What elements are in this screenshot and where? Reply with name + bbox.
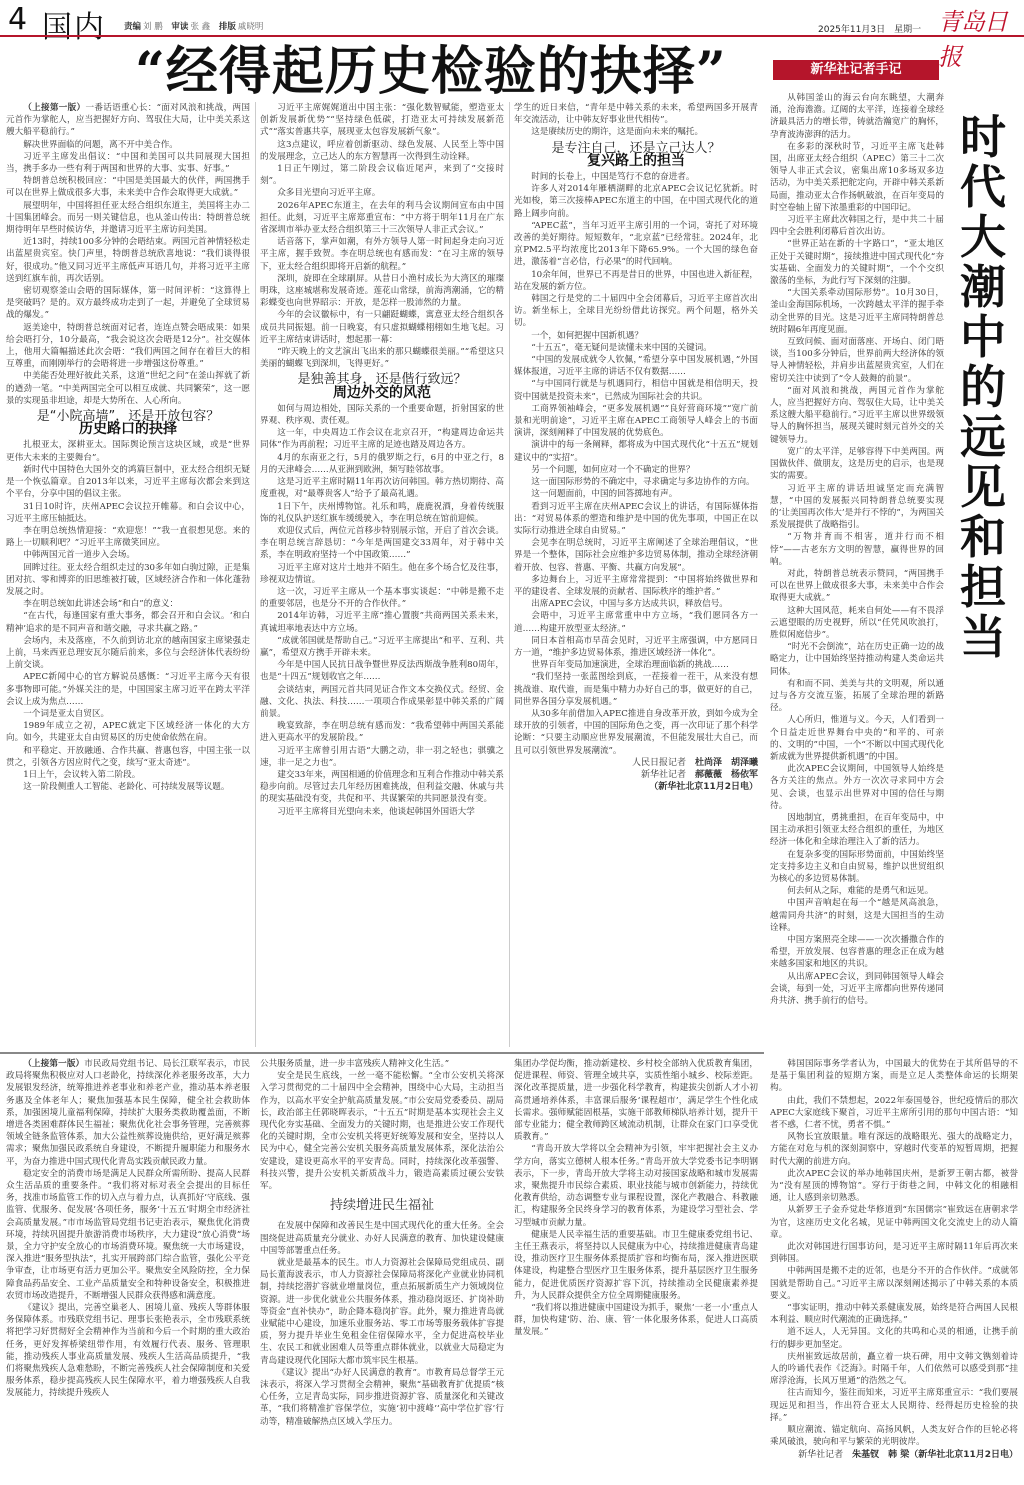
paragraph-text: 众多目光望向习近平主席。	[277, 188, 380, 198]
paragraph: 韩国之行是党的二十届四中全会闭幕后，习近平主席首次出访。新坐标上，全球目光纷纷借…	[514, 293, 758, 330]
paragraph-text: 1日下午，庆州博物馆。礼乐和鸣，鹿鹿祝酒，身着传统服饰的礼仪队护送红旗车缓缓驶入…	[260, 502, 504, 524]
paragraph: 在复杂多变的国际形势面前，中国始终坚定支持多边主义和自由贸易，维护以世贸组织为核…	[770, 849, 944, 886]
paragraph-text: 近13时，持续100多分钟的会晤结束。两国元首神情轻松走出蓝屋贵宾室。快门声里，…	[6, 237, 250, 284]
paragraph: 中美能否处理好彼此关系，这道“世纪之问”在釜山挥就了新的遒劲一笔。“中美两国完全…	[6, 370, 250, 407]
paragraph: 工商界领袖峰会，“更多发展机遇”“良好营商环境”“宽广前景和光明前途”，习近平主…	[514, 403, 758, 440]
byline-org: 新华社记者	[641, 770, 695, 780]
paragraph: 这一次，习近平主席从一个基本事实谈起：“中韩是搬不走的重要邻居，也是分不开的合作…	[260, 586, 504, 610]
paragraph: 从30多年前借加入APEC推进自身改革开放，到如今成为全球开放的引领者，中国的国…	[514, 708, 758, 757]
paragraph: 建交33年来，两国相通的价值理念和互利合作推动中韩关系稳步向前。尽管过去几年经历…	[260, 769, 504, 806]
paragraph: 人心所归，惟道与义。今天，人们看到一个日益走近世界舞台中央的“和平的、可亲的、文…	[770, 714, 944, 763]
paragraph: 风物长宜放眼量。唯有深远的战略眼光、强大的战略定力，方能在对危与机的深刻洞察中，…	[770, 1131, 1018, 1168]
paragraph-text: 另一个问题，如何应对一个不确定的世界？	[531, 465, 694, 475]
paragraph: 宽广的太平洋，足够容得下中美两国。两国做伙伴、做朋友，这是历史的启示，也是现实的…	[770, 446, 944, 483]
paragraph: 健康是人民幸福生活的重要基础。市卫生健康委党组书记、主任王燕表示，将坚持以人民健…	[514, 1229, 758, 1302]
paragraph-text: 会晤中，习近平主席常重申中方立场，“我们愿同各方一道……构建开放型亚太经济。”	[514, 611, 758, 633]
paragraph: 中韩两国元首一道步入会场。	[6, 549, 250, 561]
credit-role: 责编	[124, 22, 141, 32]
paragraph-text: 李在明总统如此讲述会场“和白”的意义：	[23, 599, 178, 609]
page-number: 4	[8, 2, 27, 37]
paragraph: 这一年，中央周边工作会议在北京召开，“构建周边命运共同体”作为再前程；习近平主席…	[260, 427, 504, 451]
credit-name: 戚晓明	[238, 22, 264, 32]
main-article-column-1: （上接第一版）一番话语重心长：“面对风浪和挑战，两国元首作为掌舵人，应当把握好方…	[6, 102, 250, 1047]
paragraph: 特朗普总统积极回应：“中国是美国最大的伙伴，两国携手可以在世界上做成很多大事，未…	[6, 175, 250, 199]
credit-name: 张 鑫	[190, 22, 210, 32]
paragraph-text: 如何与周边相处，国际关系的一个重要命题，折射国家的世界观、秩序观、责任观。	[260, 404, 504, 426]
byline-org: 新华社记者	[798, 1450, 852, 1460]
paragraph: 互致问候、面对面落座、开场白、闭门晤谈，当100多分钟后，世界前两大经济体的领导…	[770, 336, 944, 385]
byline-names: 杜尚泽 胡泽曦	[695, 758, 758, 768]
paragraph: 如何与周边相处，国际关系的一个重要命题，折射国家的世界观、秩序观、责任观。	[260, 403, 504, 427]
paragraph: 10余年间，世界已不再是昔日的世界，中国也进入新征程，站在发展的新方位。	[514, 269, 758, 293]
paragraph: 习近平主席的讲话坦诚坚定而充满智慧，“中国的发展振兴同特朗普总统要实现的‘让美国…	[770, 483, 944, 532]
paragraph-text: 特朗普总统积极回应：“中国是美国最大的伙伴，两国携手可以在世界上做成很多大事，未…	[6, 176, 250, 198]
paragraph: 众多目光望向习近平主席。	[260, 187, 504, 199]
lower-article-column-1: （上接第一版）市民政局党组书记、局长江联军表示，市民政局将聚焦积极应对人口老龄化…	[6, 1058, 250, 1482]
paragraph: （上接第一版）市民政局党组书记、局长江联军表示，市民政局将聚焦积极应对人口老龄化…	[6, 1058, 250, 1168]
paragraph-text: 密切观察釜山会晤的国际媒体，第一时间评析：“这算得上是突破吗？是的。双方最终成功…	[6, 286, 250, 320]
article-byline: 新华社记者 郝薇薇 杨依军	[514, 769, 758, 781]
subheading: 持续增进民生福祉	[260, 1200, 504, 1212]
paragraph: 返美途中，特朗普总统面对记者，连连点赞会晤成果：如果给会晤打分，10分最高，“我…	[6, 322, 250, 371]
paragraph: 多边舞台上，习近平主席常常提到：“中国将始终做世界和平的建设者、全球发展的贡献者…	[514, 574, 758, 598]
paragraph: 1日正午刚过，第二阶段会议临近尾声，来到了“交接时刻”。	[260, 163, 504, 187]
paragraph: （上接第一版）一番话语重心长：“面对风浪和挑战，两国元首作为掌舵人，应当把握好方…	[6, 102, 250, 139]
paragraph-text: 这一面国际形势的不确定中，寻求确定与多边协作的方向。	[531, 477, 754, 487]
paragraph-text: 中韩两国元首一道步入会场。	[23, 550, 135, 560]
paragraph: 由此，我们不禁想起，2022年泰国曼谷，世纪疫情后的那次APEC大家庭线下聚首，…	[770, 1095, 1018, 1132]
paragraph: 李在明总统如此讲述会场“和白”的意义：	[6, 598, 250, 610]
subheading: 是“小院高墙”，还是开放包容？历史路口的抉择	[6, 411, 250, 435]
column-rule	[255, 102, 256, 1047]
paragraph-text: “APEC蓝”，当年习近平主席引用的一个词，寄托了对环境改善的美好期待。短短数年…	[514, 221, 758, 268]
paragraph: “十五五”，毫无疑问是读懂未来中国的关键词。	[514, 342, 758, 354]
paragraph-text: 稳定安全的消费市场是满足人民群众所需所盼、提高人民群众生活品质的重要条件。“我们…	[6, 1169, 250, 1301]
paragraph-text: 这一阶段侧重人工智能、老龄化、可持续发展等议题。	[23, 782, 229, 792]
paragraph: “大国关系牵动国际形势”。10月30日，釜山金海国际机场，一次跨越太平洋的握手牵…	[770, 287, 944, 336]
subheading-title: 周边外交的风范	[260, 387, 504, 399]
paragraph: “青岛开放大学将以全会精神为引领，牢牢把握社会主义办学方向，落实立德树人根本任务…	[514, 1143, 758, 1228]
paragraph: APEC新闻中心的官方解说员感慨：“习近平主席今天有很多事物即可能。”外媒关注的…	[6, 671, 250, 708]
paragraph: 集团办学促均衡，推动新建校、乡村校全部纳入优质教育集团，促进课程、师资、管理全域…	[514, 1058, 758, 1143]
paragraph: 从新罗王子金乔觉赴华修道到“东国儒宗”崔致远在唐朝求学为官，这座历史文化名城，见…	[770, 1204, 1018, 1241]
masthead: 4 国内 责编刘 鹏 审读张 鑫 排版戚晓明 2025年11月3日 星期一 青岛…	[0, 0, 1024, 36]
paragraph-text: 1日正午刚过，第二阶段会议临近尾声，来到了“交接时刻”。	[260, 164, 504, 186]
paragraph-text: 韩国之行是党的二十届四中全会闭幕后，习近平主席首次出访。新坐标上，全球目光纷纷借…	[514, 294, 758, 328]
paragraph: 《建议》提出“办好人民满意的教育”。市教育局总督学王元沫表示，将深入学习贯彻全会…	[260, 1367, 504, 1428]
paragraph: 这是赓续历史的期许，这是面向未来的嘱托。	[514, 126, 758, 138]
paragraph-text: 新时代中国特色大国外交的鸿篇巨制中，亚太经合组织无疑是一个恢弘篇章。自2013年…	[6, 465, 250, 499]
paragraph-text: 一个，如何把握中国新机遇？	[531, 331, 643, 341]
subheading: 是专注自己，还是立己达人？复兴路上的担当	[514, 143, 758, 167]
paragraph-text: 世界百年变局加速演进，全球治理面临新的挑战……	[531, 660, 729, 670]
paragraph: 深圳，旋即在全球刷屏。从昔日小渔村成长为大湾区的璀璨明珠，这座城堪称发展奇迹。莲…	[260, 273, 504, 310]
paragraph-text: 扎根亚太，深耕亚太。国际舆论预言这块区域，或是“世界更伟大未来的主要舞台”。	[6, 440, 250, 462]
paragraph: 扎根亚太，深耕亚太。国际舆论预言这块区域，或是“世界更伟大未来的主要舞台”。	[6, 439, 250, 463]
paragraph: 1日下午，庆州博物馆。礼乐和鸣，鹿鹿祝酒，身着传统服饰的礼仪队护送红旗车缓缓驶入…	[260, 501, 504, 525]
paragraph-text: 就业是最基本的民生。市人力资源社会保障局党组成员、副局长董海波表示，市人力资源社…	[260, 1258, 504, 1366]
paragraph-text: 2026年APEC东道主，在去年的利马会议期间宣布由中国担任。此刻，习近平主席郑…	[260, 201, 504, 235]
paragraph-text: 回眸过往。亚太经合组织走过的30多年如白驹过隙，正是集团对抗、零和博弈的旧思维被…	[6, 563, 250, 597]
byline-names: 朱基钗 韩 梁（新华社北京11月2日电）	[852, 1450, 1018, 1460]
paragraph: “万物并育而不相害，道并行而不相悖”——古老东方文明的智慧，赢得世界的回响。	[770, 531, 944, 568]
paragraph: 今年的会议徽标中，有一只翩跹蝴蝶，寓意亚太经合组织各成员共同振翅。前一日晚宴，有…	[260, 309, 504, 346]
article-byline: 新华社记者 朱基钗 韩 梁（新华社北京11月2日电）	[770, 1449, 1018, 1461]
paragraph-text: “昨天晚上的文艺演出飞出来的那只蝴蝶很美丽。”“希望这只美丽的蝴蝶飞到深圳，飞得…	[260, 347, 504, 369]
paragraph: 道不远人，人无异国。文化的共鸣和心灵的相通，让携手前行的脚步更加坚定。	[770, 1326, 1018, 1350]
main-headline: “经得起历史检验的抉择”	[135, 46, 727, 98]
paragraph: 晚宴致辞，李在明总统有感而发：“我希望韩中两国关系能进入更高水平的发展阶段。”	[260, 720, 504, 744]
paragraph: 近13时，持续100多分钟的会晤结束。两国元首神情轻松走出蓝屋贵宾室。快门声里，…	[6, 236, 250, 285]
paragraph: 这一问题面前，中国的回答掷地有声。	[514, 488, 758, 500]
paragraph: 回眸过往。亚太经合组织走过的30多年如白驹过隙，正是集团对抗、零和博弈的旧思维被…	[6, 562, 250, 599]
newspaper-logo: 青岛日报	[938, 2, 1024, 72]
paragraph: 因地制宜，勇挑重担，在百年变局中，中国主动承担引领亚太经合组织的重任，为地区经济…	[770, 812, 944, 849]
paragraph: 会见李在明总统时，习近平主席阐述了全球治理倡议，“世界是一个整体，国际社会应维护…	[514, 537, 758, 574]
paragraph-text: 这是赓续历史的期许，这是面向未来的嘱托。	[531, 127, 703, 137]
paragraph: 习近平主席此次韩国之行，是中共二十届四中全会胜利闭幕后首次出访。	[770, 214, 944, 238]
paragraph: “时光不会倒流”，站在历史正确一边的战略定力，让中国始终坚持推动构建人类命运共同…	[770, 641, 944, 678]
paragraph: 就业是最基本的民生。市人力资源社会保障局党组成员、副局长董海波表示，市人力资源社…	[260, 1257, 504, 1367]
paragraph-text: APEC新闻中心的官方解说员感慨：“习近平主席今天有很多事物即可能。”外媒关注的…	[6, 672, 250, 706]
paragraph: 对此，特朗普总统表示赞同，“两国携手可以在世界上做成很多大事，未来美中合作会取得…	[770, 568, 944, 605]
paragraph-text: 同日本首相高市早苗会见时，习近平主席强调，中方愿同日方一道，“维护多边贸易体系，…	[514, 636, 758, 658]
paragraph-text: 建交33年来，两国相通的价值理念和互利合作推动中韩关系稳步向前。尽管过去几年经历…	[260, 770, 504, 804]
paragraph: 同日本首相高市早苗会见时，习近平主席强调，中方愿同日方一道，“维护多边贸易体系，…	[514, 635, 758, 659]
paragraph: 韩国国际事务学者认为，中国最大的优势在于其所倡导的不是基于集团利益的短期方案，而…	[770, 1058, 1018, 1095]
paragraph: 4月的东南亚之行，5月的俄罗斯之行，6月的中亚之行，8月的天津峰会……从亚洲到欧…	[260, 452, 504, 476]
paragraph: 中国声音响起在每一个“越是风高浪急，越需同舟共济”的时刻，这是大国担当的生动诠释…	[770, 897, 944, 934]
paragraph: 在多彩的深秋时节，习近平主席飞赴韩国，出席亚太经合组织（APEC）第三十二次领导…	[770, 141, 944, 214]
paragraph-text: 这3点建议，呼应着创新驱动、绿色发展、人民至上等中国的发展理念，立己达人的东方智…	[260, 140, 504, 162]
paragraph-text: 出席APEC会议，中国与多方达成共识，释放信号。	[531, 599, 728, 609]
paragraph: 1日上午，会议转入第二阶段。	[6, 769, 250, 781]
paragraph: “APEC蓝”，当年习近平主席引用的一个词，寄托了对环境改善的美好期待。短短数年…	[514, 220, 758, 269]
paragraph: 一个，如何把握中国新机遇？	[514, 330, 758, 342]
paragraph-text: “与中国同行就是与机遇同行，相信中国就是相信明天，投资中国就是投资未来”，已然成…	[514, 379, 758, 401]
paragraph: “中国的发展成就令人钦佩，”希望分享中国发展机遇，”外国媒体报道，习近平主席的讲…	[514, 354, 758, 378]
paragraph-text: 习近平主席将目光望向未来，他谈起韩国外国语大学	[277, 807, 475, 817]
paragraph-text: 许多人对2014年雁栖湖畔的北京APEC会议记忆犹新。时光如梭，第三次接棒APE…	[514, 184, 758, 218]
paragraph-text: 解决世界面临的问题，离不开中美合作。	[23, 140, 178, 150]
paragraph-text: 习近平主席娓娓道出中国主张：“强化数智赋能，塑造亚太创新发展新优势”“坚持绿色低…	[260, 103, 504, 137]
paragraph: “我们将以推进健康中国建设为抓手，聚焦‘一老一小’重点人群，加快构建‘防、治、康…	[514, 1302, 758, 1339]
paragraph: “世界正站在新的十字路口”，“亚太地区正处于关键时期”，接续推进中国式现代化“夯…	[770, 238, 944, 287]
paragraph: “在古代，每逢国家有重大事务，都会召开和白会议。‘和白精神’追求的是不同声音和谐…	[6, 610, 250, 634]
paragraph-text: 会场内，未及落座，不久前到访北京的越南国家主席梁强走上前，马来西亚总理安瓦尔随后…	[6, 636, 250, 670]
paragraph: 习近平主席娓娓道出中国主张：“强化数智赋能，塑造亚太创新发展新优势”“坚持绿色低…	[260, 102, 504, 139]
article-byline: （新华社北京11月2日电）	[514, 781, 758, 793]
paragraph: 顺应潮流、锚定航向、高扬风帆，人类友好合作的巨轮必将乘风破浪，驶向和平与繁荣的光…	[770, 1424, 1018, 1448]
byline-org: 人民日报记者	[632, 758, 695, 768]
paragraph: 中国方案照亮全球——一次次播撒合作的希望，开放发展、包容普惠的理念正在成为越来越…	[770, 934, 944, 971]
sidebar-article-column-continued: 韩国国际事务学者认为，中国最大的优势在于其所倡导的不是基于集团利益的短期方案，而…	[770, 1058, 1018, 1482]
paragraph: 解决世界面临的问题，离不开中美合作。	[6, 139, 250, 151]
section-banner: 新华社记者手记	[773, 60, 939, 80]
dateline-lead: （上接第一版）	[23, 103, 85, 113]
paragraph: 习近平主席对这片土地并不陌生。他在多个场合忆及往事，珍视双边情谊。	[260, 562, 504, 586]
paragraph-text: 欢迎仪式后，两位元首移步特别展示馆，开启了首次会谈。李在明总统言辞恳切：“今年是…	[260, 526, 504, 560]
dateline-lead: （上接第一版）	[23, 1059, 84, 1069]
paragraph: “我们坚持一张蓝图绘到底，一茬接着一茬干，从来没有想挑战谁、取代谁，而是集中精力…	[514, 671, 758, 708]
paragraph: 许多人对2014年雁栖湖畔的北京APEC会议记忆犹新。时光如梭，第三次接棒APE…	[514, 183, 758, 220]
paragraph: 和平稳定、开放融通、合作共赢、普惠包容，中国主张一以贯之，引领各方因应时代之变，…	[6, 745, 250, 769]
paragraph: 此次APEC会议的举办地韩国庆州，是新罗王朝古都，被誉为“没有屋顶的博物馆”。穿…	[770, 1168, 1018, 1205]
paragraph: 演讲中的每一条阐释，都将成为中国式现代化“十五五”规划建议中的“实招”。	[514, 439, 758, 463]
paragraph: 看到习近平主席在庆州APEC会议上的讲话，有国际媒体指出：“对贸易体系的塑造和维…	[514, 501, 758, 538]
paragraph-text: 10余年间，世界已不再是昔日的世界，中国也进入新征程，站在发展的新方位。	[514, 270, 758, 292]
paragraph-text: 李在明总统热情迎接：“欢迎您！”“我一直很想见您。来的路上一切顺利吧？”习近平主…	[6, 526, 250, 548]
paragraph-text: 1989年成立之初，APEC就定下区域经济一体化的大方向。如今，共建亚太自由贸易…	[6, 721, 250, 743]
subheading-title: 复兴路上的担当	[514, 155, 758, 167]
section-divider	[0, 1052, 764, 1054]
paragraph-text: 今年是中国人民抗日战争暨世界反法西斯战争胜利80周年，也是“十四五”规划收官之年…	[260, 660, 504, 682]
sidebar-vertical-title: 时代大潮中的远见和担当	[955, 112, 1011, 662]
subheading: 是独善其身，还是偕行致远？周边外交的风范	[260, 374, 504, 398]
paragraph: 会谈结束，两国元首共同见证合作文本交换仪式。经贸、金融、文化、执法、科技……一项…	[260, 684, 504, 721]
paragraph-text: “成就邻国就是帮助自己。”习近平主席提出“和平、互利、共赢”，希望双方携手开辟未…	[260, 636, 504, 658]
paragraph: 这一面国际形势的不确定中，寻求确定与多边协作的方向。	[514, 476, 758, 488]
paragraph-text: 会见李在明总统时，习近平主席阐述了全球治理倡议，“世界是一个整体，国际社会应维护…	[514, 538, 758, 572]
paragraph-text: 这一问题面前，中国的回答掷地有声。	[531, 489, 677, 499]
paragraph-text: 市民政局党组书记、局长江联军表示，市民政局将聚焦积极应对人口老龄化，持续深化养老…	[6, 1059, 250, 1167]
paragraph: 会场内，未及落座，不久前到访北京的越南国家主席梁强走上前，马来西亚总理安瓦尔随后…	[6, 635, 250, 672]
lower-article-column-2: 公共服务质量，进一步丰富残疾人精神文化生活。”安全是民生底线，一丝一毫不能松懈。…	[260, 1058, 504, 1482]
paragraph: 一个词是亚太自贸区。	[6, 708, 250, 720]
paragraph: 李在明总统热情迎接：“欢迎您！”“我一直很想见您。来的路上一切顺利吧？”习近平主…	[6, 525, 250, 549]
paragraph-text: 《建议》提出“办好人民满意的教育”。市教育局总督学王元沫表示，将深入学习贯彻全会…	[260, 1368, 504, 1427]
paragraph-text: 31日10时许，庆州APEC会议拉开帷幕。和白会议中心，习近平主席压轴抵达。	[6, 502, 250, 524]
editor-credits: 责编刘 鹏 审读张 鑫 排版戚晓明	[118, 20, 263, 32]
paragraph: 密切观察釜山会晤的国际媒体，第一时间评析：“这算得上是突破吗？是的。双方最终成功…	[6, 285, 250, 322]
paragraph-text: 2014年访韩，习近平主席“推心置腹”共商两国关系未来，真诚坦率地表达中方立场。	[260, 611, 504, 633]
paragraph-text: 这是习近平主席时隔11年再次访问韩国。韩方热切期待、高度重视，对“最尊贵客人”给…	[260, 477, 504, 499]
paragraph: 1989年成立之初，APEC就定下区域经济一体化的大方向。如今，共建亚太自由贸易…	[6, 720, 250, 744]
paragraph: 会晤中，习近平主席常重申中方立场，“我们愿同各方一道……构建开放型亚太经济。”	[514, 610, 758, 634]
paragraph-text: 时间的长卷上，中国是笃行不怠的奋进者。	[531, 172, 694, 182]
paragraph: 时间的长卷上，中国是笃行不怠的奋进者。	[514, 171, 758, 183]
main-article-column-3: 学生的近日来信，“青年是中韩关系的未来，希望两国多开展青年交流活动，让中韩友好事…	[514, 102, 758, 1047]
paragraph: 另一个问题，如何应对一个不确定的世界？	[514, 464, 758, 476]
paragraph-text: 会谈结束，两国元首共同见证合作文本交换仪式。经贸、金融、文化、执法、科技……一项…	[260, 685, 504, 719]
paragraph: 往古而知今，鉴往而知来，习近平主席郑重宣示：“我们要展现远见和担当，作出符合亚太…	[770, 1387, 1018, 1424]
paragraph: 2026年APEC东道主，在去年的利马会议期间宣布由中国担任。此刻，习近平主席郑…	[260, 200, 504, 237]
paragraph-text: 习近平主席发出倡议：“中国和美国可以共同展现大国担当，携手多办一些有利于两国和世…	[6, 152, 250, 174]
paragraph: 安全是民生底线，一丝一毫不能松懈。“全市公安机关将深入学习贯彻党的二十届四中全会…	[260, 1070, 504, 1192]
paragraph-text: “我们将以推进健康中国建设为抓手，聚焦‘一老一小’重点人群，加快构建‘防、治、康…	[514, 1303, 758, 1337]
paragraph: 新时代中国特色大国外交的鸿篇巨制中，亚太经合组织无疑是一个恢弘篇章。自2013年…	[6, 464, 250, 501]
paragraph-text: 公共服务质量，进一步丰富残疾人精神文化生活。”	[260, 1059, 449, 1069]
paragraph-text: 习近平主席曾引用古语“大鹏之动，非一羽之轻也；骐骥之速，非一足之力也”。	[260, 746, 504, 768]
paragraph-text: 从30多年前借加入APEC推进自身改革开放，到如今成为全球开放的引领者，中国的国…	[514, 709, 758, 756]
paragraph: 这是习近平主席时隔11年再次访问韩国。韩方热切期待、高度重视，对“最尊贵客人”给…	[260, 476, 504, 500]
subheading-title: 历史路口的抉择	[6, 423, 250, 435]
sidebar-article-column: 从韩国釜山的海云台向东眺望，大潮奔涌，沧海澹澹。辽阔的太平洋，连接着全球经济最具…	[770, 92, 944, 1052]
paragraph: 公共服务质量，进一步丰富残疾人精神文化生活。”	[260, 1058, 504, 1070]
paragraph: 习近平主席曾引用古语“大鹏之动，非一羽之轻也；骐骥之速，非一足之力也”。	[260, 745, 504, 769]
paragraph-text: 习近平主席对这片土地并不陌生。他在多个场合忆及往事，珍视双边情谊。	[260, 563, 504, 585]
paragraph-text: “十五五”，毫无疑问是读懂未来中国的关键词。	[531, 343, 712, 353]
paragraph: 中韩两国是搬不走的近邻，也是分不开的合作伙伴。“成就邻国就是帮助自己。”习近平主…	[770, 1265, 1018, 1302]
section-title: 国内	[42, 2, 106, 46]
credit-role: 排版	[219, 22, 236, 32]
paragraph: “事实证明，推动中韩关系健康发展，始终是符合两国人民根本利益、顺应时代潮流的正确…	[770, 1302, 1018, 1326]
paragraph-text: 展望明年，中国将担任亚太经合组织东道主，美国将主办二十国集团峰会。而另一则关键信…	[6, 201, 250, 235]
paragraph: 欢迎仪式后，两位元首移步特别展示馆，开启了首次会谈。李在明总统言辞恳切：“今年是…	[260, 525, 504, 562]
credit-name: 刘 鹏	[143, 22, 163, 32]
paragraph: 这一阶段侧重人工智能、老龄化、可持续发展等议题。	[6, 781, 250, 793]
byline-names: （新华社北京11月2日电）	[649, 782, 758, 792]
paragraph-text: “在古代，每逢国家有重大事务，都会召开和白会议。‘和白精神’追求的是不同声音和谐…	[6, 611, 250, 633]
paragraph: 何去何从之际，难能的是勇气和远见。	[770, 885, 944, 897]
paragraph: 学生的近日来信，“青年是中韩关系的未来，希望两国多开展青年交流活动，让中韩友好事…	[514, 102, 758, 126]
paragraph-text: “我们坚持一张蓝图绘到底，一茬接着一茬干，从来没有想挑战谁、取代谁，而是集中精力…	[514, 672, 758, 706]
paragraph-text: 在发展中保障和改善民生是中国式现代化的重大任务。全会围绕促进高质量充分就业、办好…	[260, 1221, 504, 1255]
paragraph: 出席APEC会议，中国与多方达成共识，释放信号。	[514, 598, 758, 610]
paragraph: 从出席APEC会议，到同韩国领导人峰会会谈，每到一处，习近平主席都向世界传递同舟…	[770, 971, 944, 1008]
paragraph-text: 《建议》提出，完善空巢老人、困境儿童、残疾人等群体服务保障体系。市残联党组书记、…	[6, 1303, 250, 1398]
paragraph: 今年是中国人民抗日战争暨世界反法西斯战争胜利80周年，也是“十四五”规划收官之年…	[260, 659, 504, 683]
paragraph: 这3点建议，呼应着创新驱动、绿色发展、人民至上等中国的发展理念，立己达人的东方智…	[260, 139, 504, 163]
paragraph-text: 1日上午，会议转入第二阶段。	[23, 770, 140, 780]
paragraph: 习近平主席发出倡议：“中国和美国可以共同展现大国担当，携手多办一些有利于两国和世…	[6, 151, 250, 175]
paragraph-text: 返美途中，特朗普总统面对记者，连连点赞会晤成果：如果给会晤打分，10分最高，“我…	[6, 323, 250, 370]
paragraph-text: 今年的会议徽标中，有一只翩跹蝴蝶，寓意亚太经合组织各成员共同振翅。前一日晚宴，有…	[260, 310, 504, 344]
paragraph-text: 这一年，中央周边工作会议在北京召开，“构建周边命运共同体”作为再前程；习近平主席…	[260, 428, 504, 450]
paragraph: 话音落下，掌声如潮，有外方领导人第一时间起身走向习近平主席，握手致贺。李在明总统…	[260, 236, 504, 273]
paragraph-text: 晚宴致辞，李在明总统有感而发：“我希望韩中两国关系能进入更高水平的发展阶段。”	[260, 721, 504, 743]
paragraph: 2014年访韩，习近平主席“推心置腹”共商两国关系未来，真诚坦率地表达中方立场。	[260, 610, 504, 634]
paragraph-text: 一个词是亚太自贸区。	[23, 709, 109, 719]
paragraph-text: 这一次，习近平主席从一个基本事实谈起：“中韩是搬不走的重要邻居，也是分不开的合作…	[260, 587, 504, 609]
paragraph: 有和而不同、美美与共的文明观，所以通过与各方交流互鉴，拓展了全球治理的新路径。	[770, 678, 944, 715]
paragraph-text: 演讲中的每一条阐释，都将成为中国式现代化“十五五”规划建议中的“实招”。	[514, 440, 758, 462]
paragraph: “成就邻国就是帮助自己。”习近平主席提出“和平、互利、共赢”，希望双方携手开辟未…	[260, 635, 504, 659]
credit-role: 审读	[171, 22, 188, 32]
column-rule	[509, 102, 510, 1047]
issue-date: 2025年11月3日 星期一	[818, 22, 921, 35]
paragraph-text: “中国的发展成就令人钦佩，”希望分享中国发展机遇，”外国媒体报道，习近平主席的讲…	[514, 355, 758, 377]
paragraph: “昨天晚上的文艺演出飞出来的那只蝴蝶很美丽。”“希望这只美丽的蝴蝶飞到深圳，飞得…	[260, 346, 504, 370]
paragraph: 此次对韩国进行国事访问，是习近平主席时隔11年后再次来到韩国。	[770, 1241, 1018, 1265]
paragraph-text: “青岛开放大学将以全会精神为引领，牢牢把握社会主义办学方向，落实立德树人根本任务…	[514, 1144, 758, 1227]
paragraph: 庆州崔致远故居前，矗立着一块石碑，用中文韩文镌刻着诗人的吟诵代表作《泛海》。时隔…	[770, 1351, 1018, 1388]
header-rule	[0, 35, 1024, 37]
lower-article-column-3: 集团办学促均衡，推动新建校、乡村校全部纳入优质教育集团，促进课程、师资、管理全域…	[514, 1058, 758, 1482]
paragraph: “与中国同行就是与机遇同行，相信中国就是相信明天，投资中国就是投资未来”，已然成…	[514, 378, 758, 402]
paragraph: 31日10时许，庆州APEC会议拉开帷幕。和白会议中心，习近平主席压轴抵达。	[6, 501, 250, 525]
paragraph-text: 看到习近平主席在庆州APEC会议上的讲话，有国际媒体指出：“对贸易体系的塑造和维…	[514, 502, 758, 536]
paragraph-text: 4月的东南亚之行，5月的俄罗斯之行，6月的中亚之行，8月的天津峰会……从亚洲到欧…	[260, 453, 504, 475]
paragraph: 稳定安全的消费市场是满足人民群众所需所盼、提高人民群众生活品质的重要条件。“我们…	[6, 1168, 250, 1302]
paragraph-text: 学生的近日来信，“青年是中韩关系的未来，希望两国多开展青年交流活动，让中韩友好事…	[514, 103, 758, 125]
paragraph-text: 健康是人民幸福生活的重要基础。市卫生健康委党组书记、主任王燕表示，将坚持以人民健…	[514, 1230, 758, 1301]
paragraph-text: 安全是民生底线，一丝一毫不能松懈。“全市公安机关将深入学习贯彻党的二十届四中全会…	[260, 1071, 504, 1191]
paragraph: 习近平主席将目光望向未来，他谈起韩国外国语大学	[260, 806, 504, 818]
paragraph-text: 和平稳定、开放融通、合作共赢、普惠包容，中国主张一以贯之，引领各方因应时代之变，…	[6, 746, 250, 768]
paragraph: “面对风浪和挑战，两国元首作为掌舵人，应当把握好方向、驾驭住大局，让中美关系这艘…	[770, 385, 944, 446]
byline-names: 郝薇薇 杨依军	[695, 770, 758, 780]
paragraph-text: 深圳，旋即在全球刷屏。从昔日小渔村成长为大湾区的璀璨明珠，这座城堪称发展奇迹。莲…	[260, 274, 504, 308]
paragraph: 此次APEC会议期间，中国领导人始终是各方关注的焦点。外方一次次寻求同中方会见、…	[770, 763, 944, 812]
paragraph: 《建议》提出，完善空巢老人、困境儿童、残疾人等群体服务保障体系。市残联党组书记、…	[6, 1302, 250, 1400]
paragraph-text: 多边舞台上，习近平主席常常提到：“中国将始终做世界和平的建设者、全球发展的贡献者…	[514, 575, 758, 597]
paragraph-text: 集团办学促均衡，推动新建校、乡村校全部纳入优质教育集团，促进课程、师资、管理全域…	[514, 1059, 758, 1142]
paragraph: 在发展中保障和改善民生是中国式现代化的重大任务。全会围绕促进高质量充分就业、办好…	[260, 1220, 504, 1257]
paragraph-text: 话音落下，掌声如潮，有外方领导人第一时间起身走向习近平主席，握手致贺。李在明总统…	[260, 237, 504, 271]
paragraph-text: 中美能否处理好彼此关系，这道“世纪之问”在釜山挥就了新的遒劲一笔。“中美两国完全…	[6, 371, 250, 405]
paragraph: 这种大国风范，耗来自何处——有不畏浮云遮望眼的历史视野，所以“任凭风吹浪打，胜似…	[770, 605, 944, 642]
paragraph: 世界百年变局加速演进，全球治理面临新的挑战……	[514, 659, 758, 671]
paragraph-text: 工商界领袖峰会，“更多发展机遇”“良好营商环境”“宽广前景和光明前途”，习近平主…	[514, 404, 758, 438]
main-article-column-2: 习近平主席娓娓道出中国主张：“强化数智赋能，塑造亚太创新发展新优势”“坚持绿色低…	[260, 102, 504, 1047]
article-byline: 人民日报记者 杜尚泽 胡泽曦	[514, 757, 758, 769]
paragraph: 从韩国釜山的海云台向东眺望，大潮奔涌，沧海澹澹。辽阔的太平洋，连接着全球经济最具…	[770, 92, 944, 141]
paragraph: 展望明年，中国将担任亚太经合组织东道主，美国将主办二十国集团峰会。而另一则关键信…	[6, 200, 250, 237]
